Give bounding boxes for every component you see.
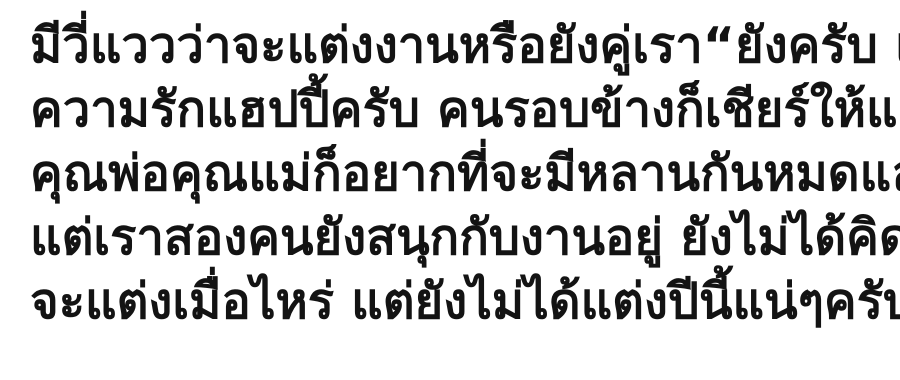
- quote-image: มีวี่แววว่าจะแต่งงานหรือยังคู่เรา“ยังครั…: [0, 0, 900, 380]
- quote-line-4: แต่เราสองคนยังสนุกกับงานอยู่ ยังไม่ได้คิ…: [30, 206, 890, 270]
- quote-text-block: มีวี่แววว่าจะแต่งงานหรือยังคู่เรา“ยังครั…: [30, 14, 890, 334]
- quote-line-2: ความรักแฮปปี้ครับ คนรอบข้างก็เชียร์ให้แต…: [30, 78, 890, 142]
- quote-line-3: คุณพ่อคุณแม่ก็อยากที่จะมีหลานกันหมดแล้ว: [30, 142, 890, 206]
- quote-line-1: มีวี่แววว่าจะแต่งงานหรือยังคู่เรา“ยังครั…: [30, 14, 890, 78]
- quote-line-5: จะแต่งเมื่อไหร่ แต่ยังไม่ได้แต่งปีนี้แน่…: [30, 270, 890, 334]
